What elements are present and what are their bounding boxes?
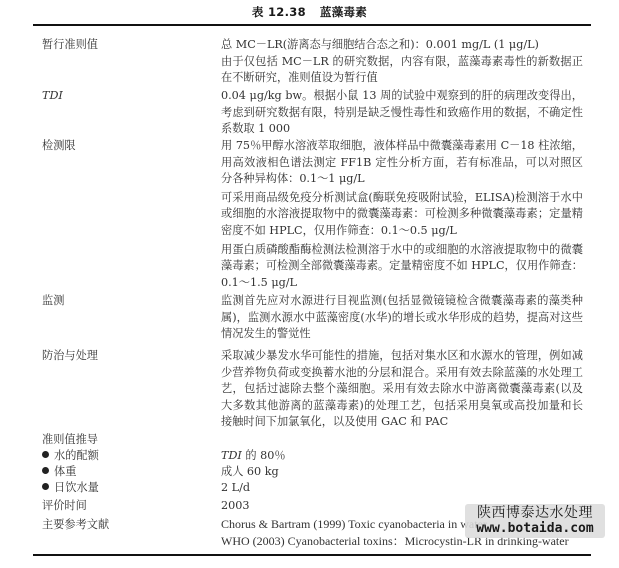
watermark: 陕西博泰达水处理 www.botaida.com <box>465 504 605 538</box>
derivation-value-bodyweight: 成人 60 kg <box>221 464 583 481</box>
watermark-url: www.botaida.com <box>465 521 605 537</box>
top-rule <box>33 24 591 26</box>
bottom-rule <box>33 554 591 556</box>
tdi-text: 0.04 μg/kg bw。根据小鼠 13 周的试验中观察到的肝的病理改变得出，… <box>221 88 583 138</box>
monitoring-text: 监测首先应对水源进行目视监测(包括显微镜镜检含微囊藻毒素的藻类种属)，监测水源水… <box>221 293 583 343</box>
guideline-note: 由于仅包括 MC－LR 的研究数据，内容有限，蓝藻毒素毒性的新数据正在不断研究，… <box>221 54 583 87</box>
table-number: 表 12.38 <box>252 5 306 19</box>
label-treatment: 防治与处理 <box>42 348 98 364</box>
label-derivation: 准则值推导 <box>42 432 98 448</box>
detection-item-elisa: 可采用商品级免疫分析测试盒(酶联免疫吸附试验，ELISA)检测溶于水中或细胞的水… <box>221 190 583 240</box>
bullet-icon <box>42 467 49 474</box>
table-name: 蓝藻毒素 <box>320 5 367 19</box>
label-tdi: TDI <box>42 88 63 104</box>
value-tdi: 0.04 μg/kg bw。根据小鼠 13 周的试验中观察到的肝的病理改变得出，… <box>221 88 583 138</box>
label-references: 主要参考文献 <box>42 517 109 533</box>
table-title: 表 12.38蓝藻毒素 <box>0 4 619 20</box>
label-evaluation: 评价时间 <box>42 498 87 514</box>
detection-item-ppa: 用蛋白质磷酸酯酶检测法检测溶于水中的或细胞的水溶液提取物中的微囊藻毒素；可检测全… <box>221 242 583 292</box>
label-detection: 检测限 <box>42 138 76 154</box>
detection-item-hplc: 用 75％甲醇水溶液萃取细胞，液体样品中微囊藻毒素用 C－18 柱浓缩，用高效液… <box>221 138 583 188</box>
value-monitoring: 监测首先应对水源进行目视监测(包括显微镜镜检含微囊藻毒素的藻类种属)，监测水源水… <box>221 293 583 343</box>
guideline-value-line: 总 MC－LR(游离态与细胞结合态之和)：0.001 mg/L (1 μg/L) <box>221 37 583 54</box>
label-guideline: 暂行准则值 <box>42 37 98 53</box>
value-treatment: 采取减少暴发水华可能性的措施，包括对集水区和水源水的管理，例如减少营养物负荷或变… <box>221 348 583 431</box>
bullet-icon <box>42 451 49 458</box>
value-detection: 用 75％甲醇水溶液萃取细胞，液体样品中微囊藻毒素用 C－18 柱浓缩，用高效液… <box>221 138 583 291</box>
derivation-value-allocation: TDI 的 80％ <box>221 448 583 465</box>
derivation-item-allocation: 水的配额 <box>42 448 99 464</box>
derivation-item-intake: 日饮水量 <box>42 480 99 496</box>
derivation-item-bodyweight: 体重 <box>42 464 76 480</box>
treatment-text: 采取减少暴发水华可能性的措施，包括对集水区和水源水的管理，例如减少营养物负荷或变… <box>221 348 583 431</box>
value-guideline: 总 MC－LR(游离态与细胞结合态之和)：0.001 mg/L (1 μg/L)… <box>221 37 583 87</box>
label-monitoring: 监测 <box>42 293 64 309</box>
bullet-icon <box>42 483 49 490</box>
derivation-value-intake: 2 L/d <box>221 480 583 497</box>
watermark-company: 陕西博泰达水处理 <box>465 505 605 521</box>
